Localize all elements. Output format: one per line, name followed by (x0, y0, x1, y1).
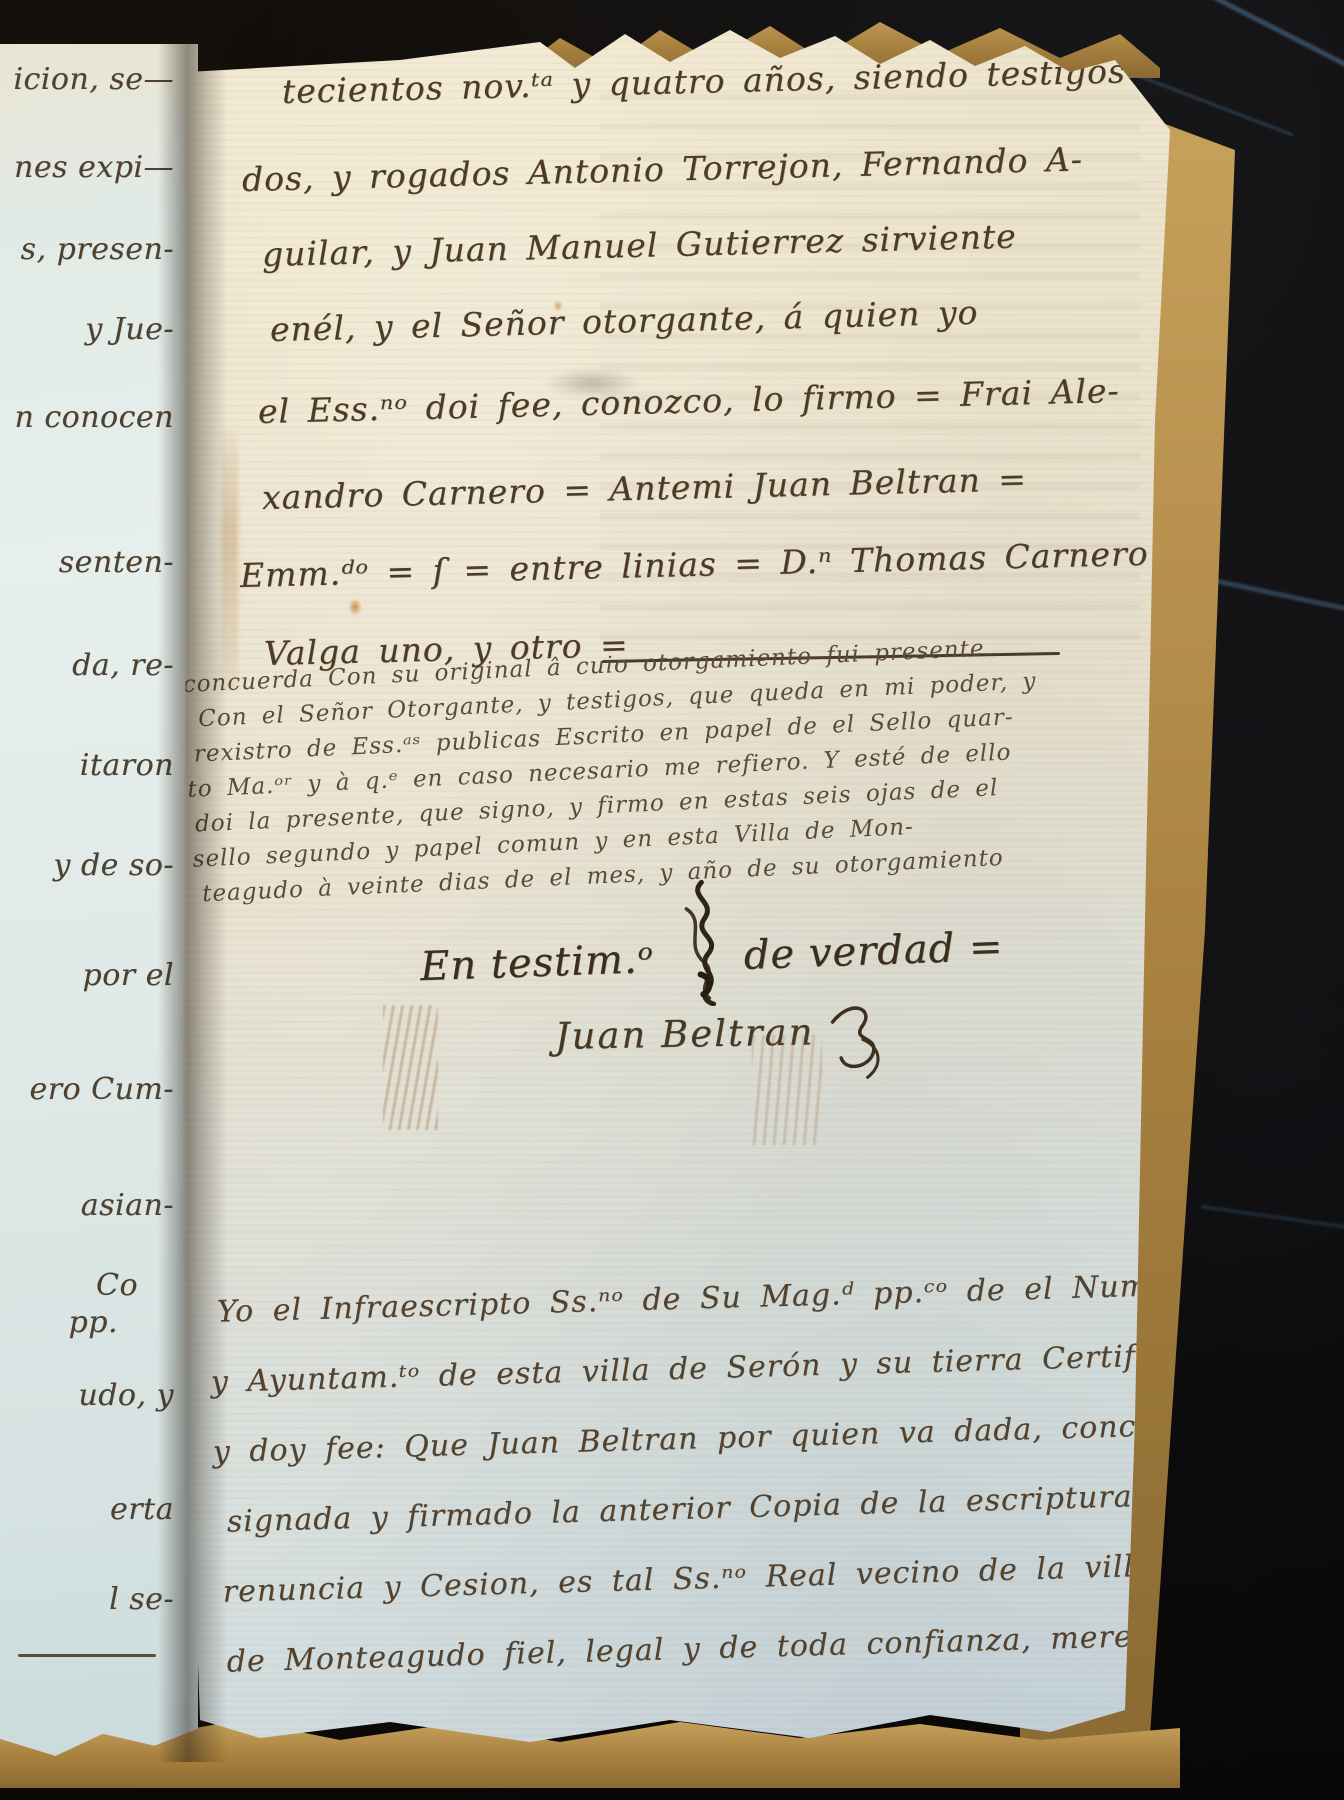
certification-block: Yo el Infraescripto Ss.ⁿᵒ de Su Mag.ᵈ pp… (208, 1252, 1139, 1698)
left-page-fragment: n conocen (15, 400, 174, 435)
left-page-fragment: udo, y (78, 1378, 174, 1413)
light-streak (1154, 0, 1344, 92)
left-page: icion, se— nes expi— s, presen- y Jue- n… (0, 44, 198, 1756)
body-line: el Ess.ⁿᵒ doi fee, conozco, lo firmo = F… (258, 371, 1120, 431)
left-page-fragment: senten- (59, 545, 174, 580)
left-page-fragment: erta (110, 1492, 174, 1527)
notarial-rubric-icon (657, 877, 740, 1012)
attestation-right-text: de verdad = (743, 924, 1004, 979)
signature-rubric-icon (822, 993, 890, 1084)
closing-block: concuerda Con su original â cuio otorgam… (182, 626, 1122, 913)
signature-name: Juan Beltran (554, 1010, 814, 1058)
attestation-left-text: En testim.ᵒ (419, 936, 654, 990)
left-page-fragment: icion, se— (13, 62, 174, 97)
left-page-fragment: itaron (80, 748, 174, 783)
attestation-line: En testim.ᵒ de verdad = (418, 894, 1005, 1020)
body-line: guilar, y Juan Manuel Gutierrez sirvient… (262, 217, 1018, 274)
left-page-fragment: ero Cum- (29, 1072, 174, 1107)
left-page-fragment: nes expi— (14, 150, 174, 185)
body-line: dos, y rogados Antonio Torrejon, Fernand… (242, 139, 1084, 199)
left-page-fragment: y de so- (53, 848, 174, 883)
left-page-fragment: s, presen- (21, 232, 174, 267)
body-line: xandro Carnero = Antemi Juan Beltran = (262, 459, 1028, 517)
left-page-fragment: pp. (69, 1305, 118, 1340)
body-line: enél, y el Señor otorgante, á quien yo (270, 293, 979, 349)
left-page-fragment: da, re- (72, 648, 174, 683)
left-page-fragment: asian- (81, 1188, 174, 1223)
left-page-fragment: y Jue- (85, 312, 174, 347)
manuscript-photo: icion, se— nes expi— s, presen- y Jue- n… (0, 0, 1344, 1800)
left-page-underline (18, 1654, 156, 1657)
left-page-fragment: Co (96, 1268, 138, 1303)
left-page-fragment: l se- (109, 1582, 174, 1617)
left-page-fragment: por el (83, 958, 175, 993)
signature-juan-beltran: Juan Beltran (554, 1009, 889, 1089)
light-streak (1200, 1205, 1344, 1230)
main-page: tecientos nov.ᵗᵃ y quatro años, siendo t… (170, 20, 1180, 1765)
